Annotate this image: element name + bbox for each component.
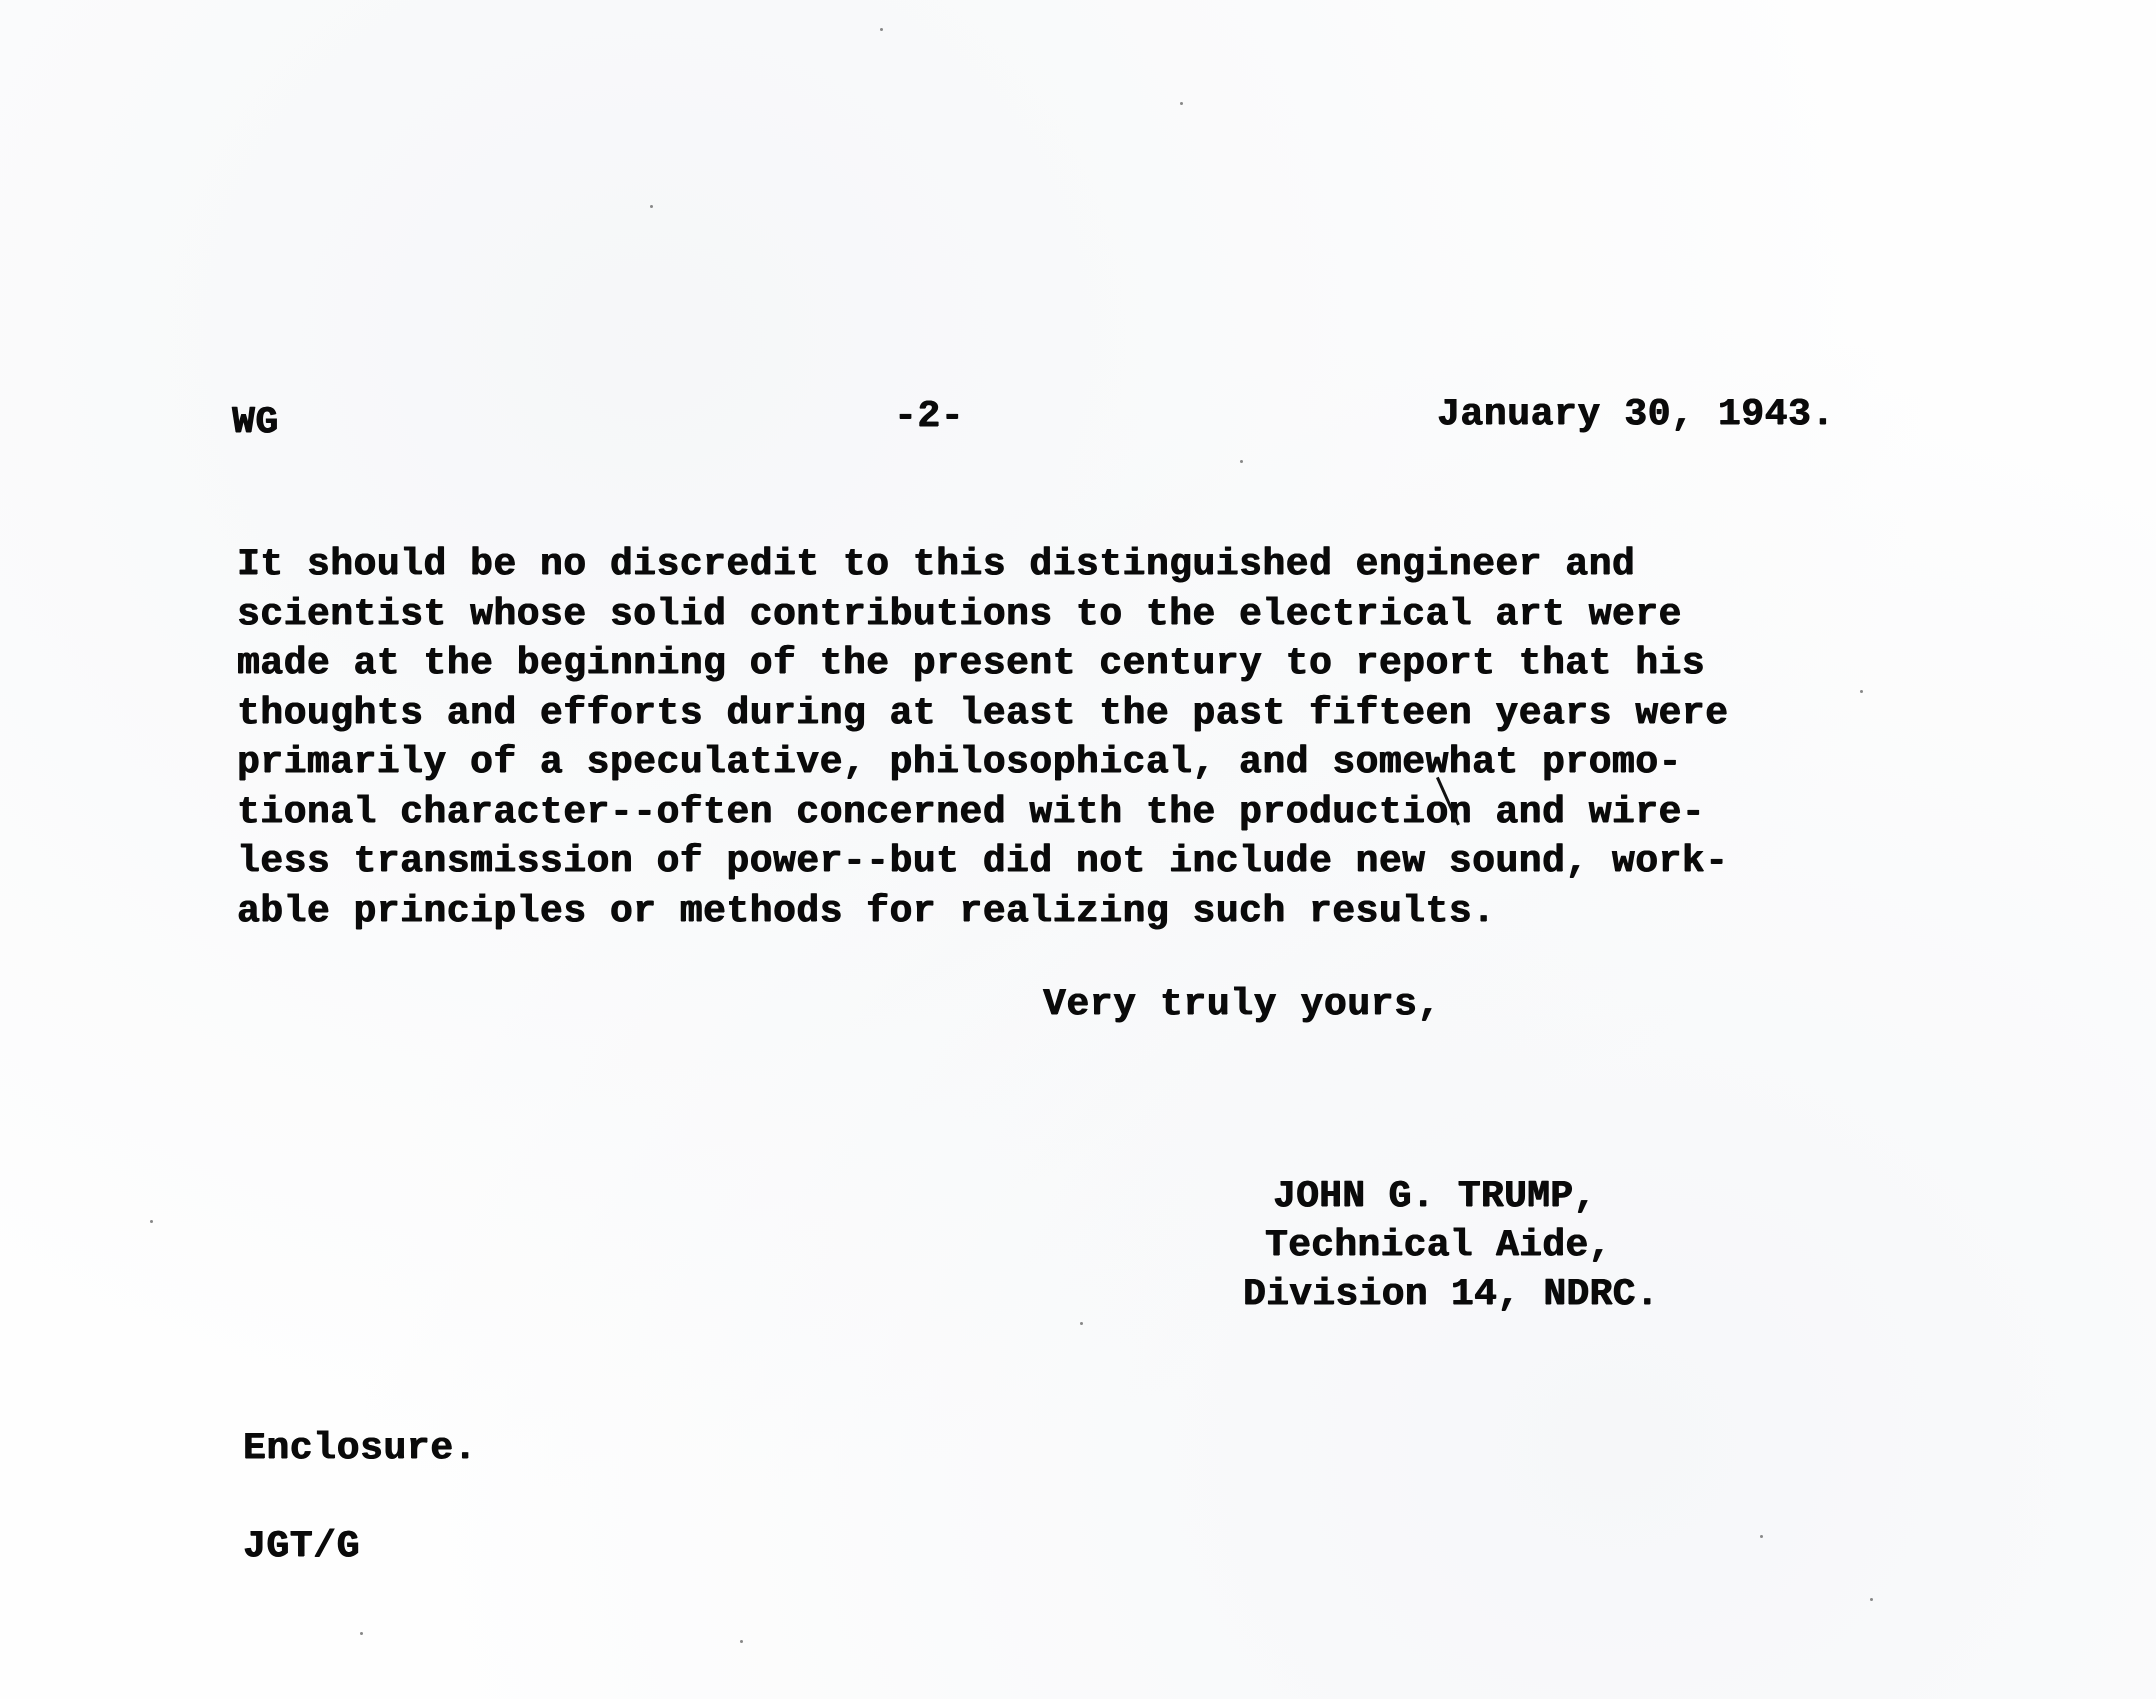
- body-line: tional character--often concerned with t…: [237, 788, 1728, 838]
- page-number: -2-: [894, 392, 964, 441]
- paper-speck: [150, 1220, 153, 1223]
- paper-speck: [1180, 102, 1183, 105]
- signer-name: JOHN G. TRUMP,: [1243, 1172, 1659, 1221]
- closing-salutation: Very truly yours,: [1043, 980, 1441, 1029]
- paper-speck: [880, 28, 883, 31]
- letter-date: January 30, 1943.: [1437, 390, 1835, 439]
- body-line: made at the beginning of the present cen…: [237, 639, 1728, 689]
- paper-speck: [1860, 690, 1863, 693]
- header-initials: WG: [232, 398, 279, 447]
- document-page: WG -2- January 30, 1943. It should be no…: [0, 0, 2156, 1699]
- paper-speck: [1870, 1598, 1873, 1601]
- body-line: It should be no discredit to this distin…: [237, 540, 1728, 590]
- body-line: thoughts and efforts during at least the…: [237, 689, 1728, 739]
- body-line: less transmission of power--but did not …: [237, 837, 1728, 887]
- reference-initials: JGT/G: [243, 1522, 360, 1571]
- paper-speck: [1080, 1322, 1083, 1325]
- paper-speck: [1240, 460, 1243, 463]
- paper-speck: [360, 1632, 363, 1635]
- paper-speck: [650, 205, 653, 208]
- signer-title: Technical Aide,: [1243, 1221, 1659, 1270]
- body-line: scientist whose solid contributions to t…: [237, 590, 1728, 640]
- body-line: primarily of a speculative, philosophica…: [237, 738, 1728, 788]
- paper-speck: [1760, 1535, 1763, 1538]
- body-line: able principles or methods for realizing…: [237, 887, 1728, 937]
- paper-speck: [740, 1640, 743, 1643]
- signature-block: JOHN G. TRUMP, Technical Aide, Division …: [1243, 1172, 1659, 1319]
- enclosure-note: Enclosure.: [243, 1424, 477, 1473]
- letter-body: It should be no discredit to this distin…: [237, 540, 1728, 936]
- signer-division: Division 14, NDRC.: [1243, 1270, 1659, 1319]
